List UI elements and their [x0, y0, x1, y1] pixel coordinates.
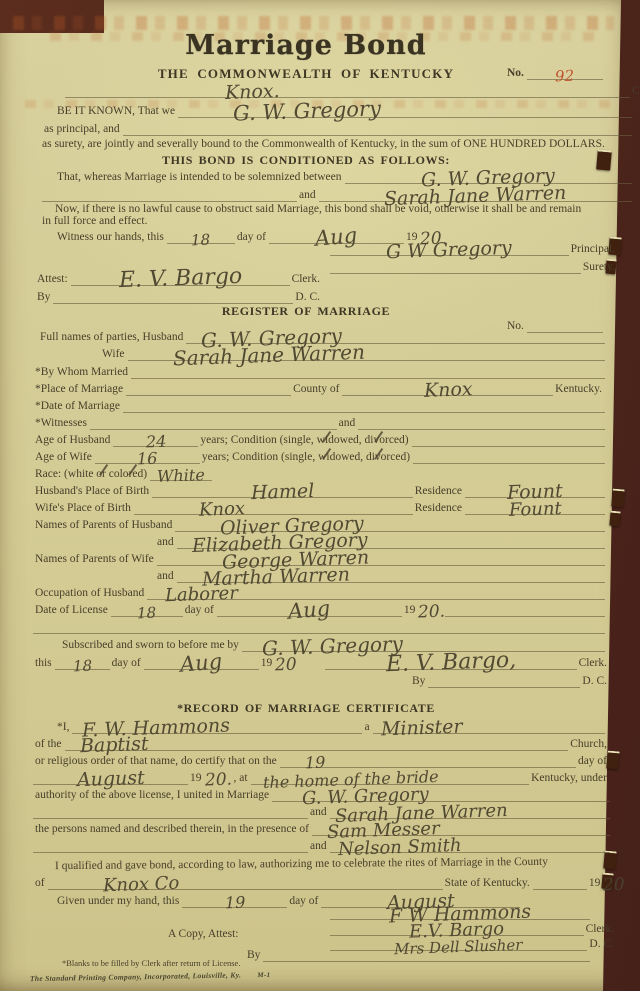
- paper-notch: [611, 489, 625, 508]
- subscribed-row: Subscribed and sworn to before me by G. …: [60, 634, 605, 652]
- certificate-county-row: of Knox Co State of Kentucky. 19 20: [33, 872, 625, 890]
- surety-clause-text: as surety, are jointly and severally bou…: [42, 138, 605, 151]
- be-it-known-row: BE IT KNOWN, That we G. W. Gregory: [55, 100, 632, 118]
- age-wife-row: Age of Wife 16 years; Condition (single,…: [33, 446, 605, 464]
- as-principal-label: as principal, and: [42, 124, 123, 137]
- sworn-day-handwriting: 18: [72, 660, 92, 673]
- husband-birth-row: Husband's Place of Birth Hamel Residence…: [33, 480, 605, 498]
- certificate-by-label: By: [245, 950, 263, 963]
- attest-row: Attest: E. V. Bargo Clerk.: [35, 268, 323, 286]
- surety-label: Surety.: [581, 262, 618, 275]
- paper-notch: [609, 511, 620, 527]
- bride-row: and Sarah Jane Warren: [42, 184, 632, 202]
- principal-name-line: G. W. Gregory: [178, 103, 632, 118]
- attest-label: Attest:: [35, 274, 71, 287]
- certificate-by-line: [263, 961, 590, 962]
- witnesses-row: *Witnesses and: [33, 412, 605, 430]
- witness2-handwriting: Nelson Smith: [337, 838, 461, 857]
- groom-name-line: G. W. Gregory: [345, 171, 632, 184]
- surety-name-line: [123, 135, 632, 136]
- form-line: [533, 889, 587, 890]
- condition-wife-line: [413, 463, 605, 464]
- minister-row: *I, F. W. Hammons a Minister: [55, 716, 605, 734]
- denomination-row: of the Baptist Church,: [33, 733, 610, 751]
- witness2-name-line: Nelson Smith: [330, 841, 610, 853]
- witness2-and-label: and: [308, 841, 330, 854]
- date-of-marriage-row: *Date of Marriage: [33, 395, 605, 413]
- license-month-line: Aug: [217, 602, 402, 617]
- this-label: this: [33, 658, 55, 671]
- surety-signature-row: Surety.: [330, 256, 618, 274]
- blanks-footnote: *Blanks to be filled by Clerk after retu…: [62, 959, 240, 969]
- certificate-of-label: of: [33, 878, 48, 891]
- sworn-day-of-label: day of: [110, 658, 144, 671]
- certificate-dc-label: D. C.: [587, 939, 617, 952]
- form-line: [33, 852, 308, 853]
- sworn-clerk-label: Clerk.: [577, 658, 610, 671]
- sworn-year-handwriting: 20: [275, 659, 297, 673]
- presence-row: the persons named and described therein,…: [33, 818, 610, 836]
- parents-wife-row: Names of Parents of Wife George Warren: [33, 548, 605, 566]
- principal-signature-row: G W Gregory Principal.: [330, 238, 618, 256]
- county-court-row: Knox. County Court.: [65, 80, 575, 98]
- wife-label: Wife: [100, 349, 128, 362]
- be-it-known-label: BE IT KNOWN, That we: [55, 106, 178, 119]
- bond-number-row: No. 92: [505, 62, 603, 80]
- solemnized-row: That, whereas Marriage is intended to be…: [55, 166, 632, 184]
- date-license-row: Date of License 18 day of Aug 19 20.: [33, 599, 605, 617]
- witness-hands-label: Witness our hands, this: [55, 232, 167, 245]
- county-line: Knox.: [65, 85, 630, 98]
- scanned-document-photo: Marriage Bond THE COMMONWEALTH OF KENTUC…: [0, 0, 640, 991]
- dc-label: D. C.: [293, 292, 323, 305]
- wife-name-line: Sarah Jane Warren: [128, 347, 605, 361]
- sworn-by-line: [428, 687, 580, 688]
- document-title: Marriage Bond: [0, 30, 612, 61]
- place-of-marriage-row: *Place of Marriage County of Knox Kentuc…: [33, 378, 605, 396]
- given-day-handwriting: 19: [224, 897, 245, 910]
- sworn-year-printed: 19: [259, 658, 276, 671]
- bond-number-label: No.: [505, 68, 527, 81]
- surety-signature-line: [330, 273, 581, 274]
- given-label: Given under my hand, this: [55, 896, 182, 909]
- certificate-county-line: Knox Co: [48, 878, 443, 890]
- county-court-label: County Court.: [630, 86, 640, 99]
- solemnized-label: That, whereas Marriage is intended to be…: [55, 172, 345, 185]
- given-day-of-label: day of: [287, 896, 321, 909]
- sworn-day-line: 18: [55, 660, 110, 670]
- attest-signature-line: E. V. Bargo: [71, 270, 290, 286]
- principal-label: Principal.: [569, 244, 618, 257]
- form-line: [42, 201, 297, 202]
- sworn-by-row: By D. C.: [410, 670, 610, 688]
- sworn-month-line: Aug: [144, 655, 259, 670]
- sworn-by-label: By: [410, 676, 428, 689]
- by-label: By: [35, 292, 53, 305]
- certificate-year2-handwriting: 20: [603, 879, 625, 893]
- and-label: and: [297, 190, 319, 203]
- bond-number-line: 92: [527, 70, 603, 80]
- paper-notch: [603, 851, 617, 870]
- parents-husband-row: Names of Parents of Husband Oliver Grego…: [33, 514, 605, 532]
- husband-name-line: G. W. Gregory: [186, 330, 605, 344]
- wife-name-row: Wife Sarah Jane Warren: [100, 343, 605, 361]
- authority-row: authority of the above license, I united…: [33, 784, 610, 802]
- day-line: 18: [167, 234, 235, 244]
- age-husband-row: Age of Husband 24 years; Condition (sing…: [33, 429, 605, 447]
- wife-birth-row: Wife's Place of Birth Knox Residence Fou…: [33, 497, 605, 515]
- certificate-year2-printed: 19: [587, 878, 604, 891]
- certificate-bride-row: and Sarah Jane Warren: [33, 801, 610, 819]
- sworn-dc-label: D. C.: [580, 676, 610, 689]
- bond-by-row: By D. C.: [35, 286, 323, 304]
- state-of-kentucky-label: State of Kentucky.: [443, 878, 533, 891]
- certificate-by-row: By: [245, 944, 590, 962]
- given-day-line: 19: [182, 897, 287, 908]
- sworn-date-row: this 18 day of Aug 19 20 E. V. Bargo, Cl…: [33, 652, 610, 670]
- certificate-month-row: August 19 20. , at the home of the bride…: [33, 767, 610, 785]
- principal-signature-line: G W Gregory: [330, 243, 569, 256]
- day-of-label: day of: [235, 232, 269, 245]
- county-name-handwriting: Knox.: [225, 84, 280, 101]
- printer-code: M-1: [257, 971, 270, 979]
- by-whom-row: *By Whom Married: [33, 361, 605, 379]
- copy-attest-label: A Copy, Attest:: [168, 928, 239, 941]
- sworn-clerk-line: E. V. Bargo,: [325, 654, 577, 670]
- mother-husband-row: and Elizabeth Gregory: [155, 531, 605, 549]
- witness2-row: and Nelson Smith: [33, 835, 610, 853]
- as-principal-row: as principal, and: [42, 118, 632, 136]
- sworn-name-line: G. W. Gregory: [242, 638, 605, 652]
- mother-wife-row: and Martha Warren: [155, 565, 605, 583]
- certificate-heading: *RECORD OF MARRIAGE CERTIFICATE: [0, 701, 612, 716]
- blank-row: [33, 616, 605, 634]
- certify-row: or religious order of that name, do cert…: [33, 750, 610, 768]
- sworn-month-handwriting: Aug: [179, 653, 222, 673]
- parents-wife-label: Names of Parents of Wife: [33, 554, 157, 567]
- condition-wife-label: years; Condition (single, widowed, divor…: [200, 452, 413, 465]
- parents-husband-label: Names of Parents of Husband: [33, 520, 175, 533]
- day-handwriting: 18: [191, 234, 211, 247]
- bride-name-line: Sarah Jane Warren: [319, 189, 632, 202]
- clerk-label: Clerk.: [290, 274, 323, 287]
